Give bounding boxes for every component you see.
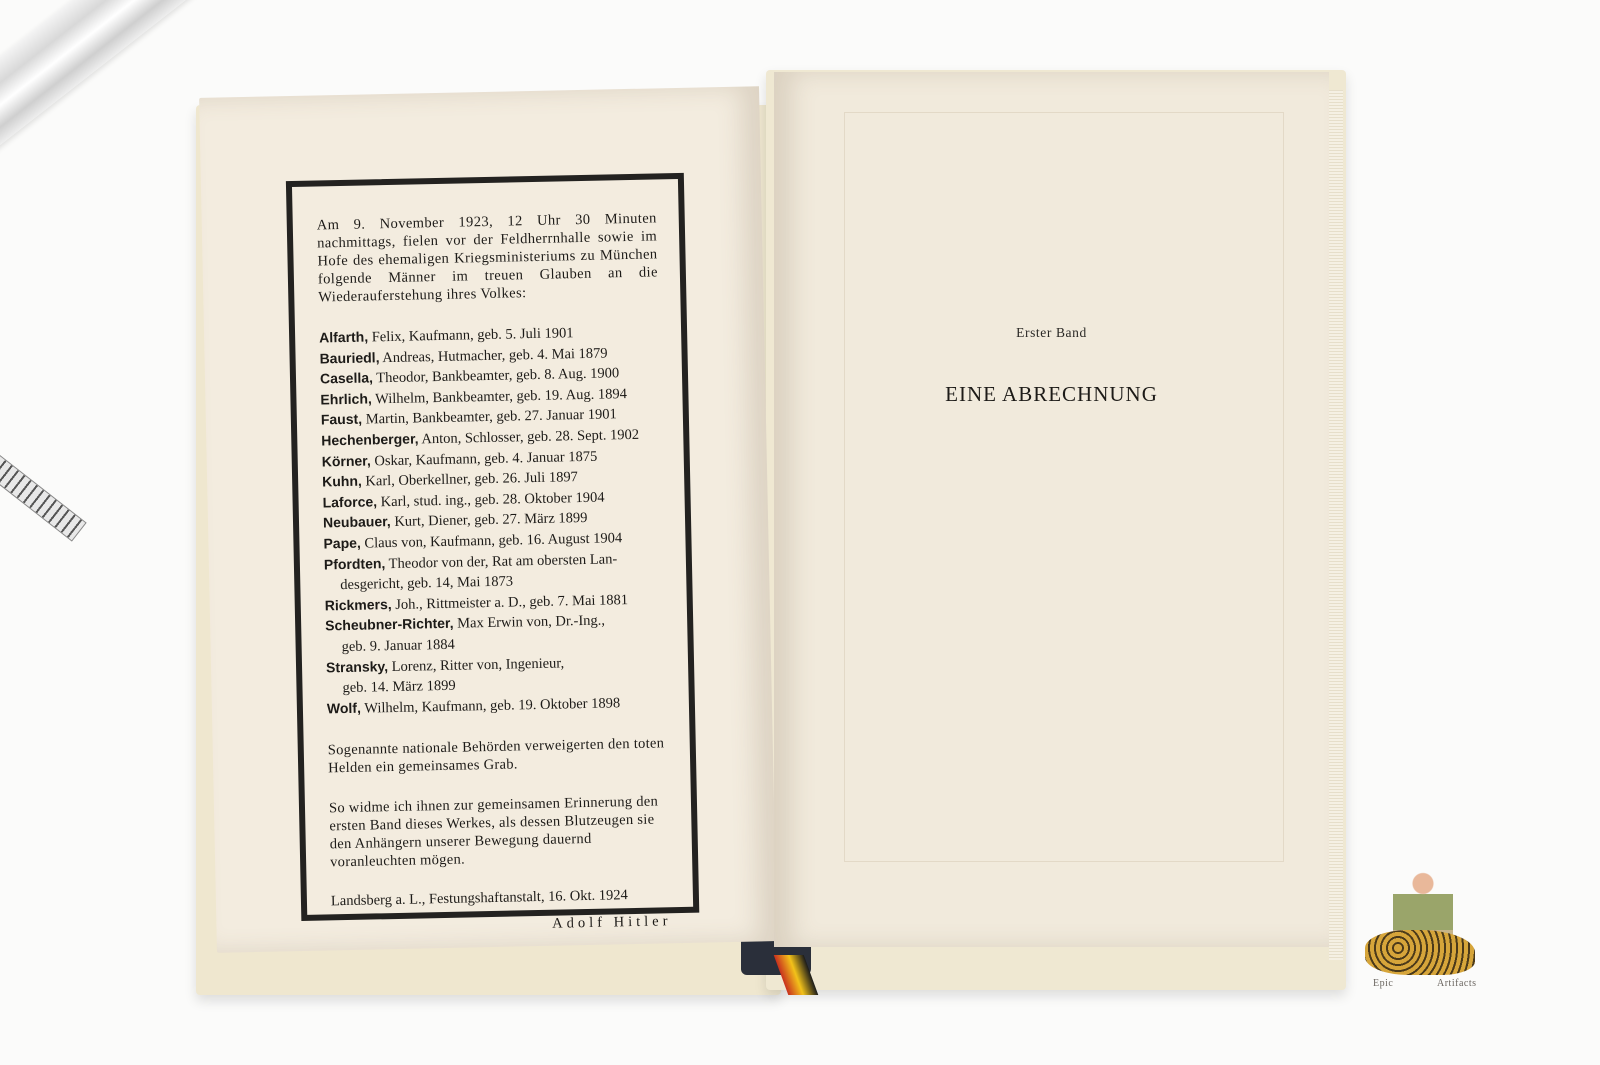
sword-grip <box>0 455 87 542</box>
entry-details: Oskar, Kaufmann, geb. 4. Januar 1875 <box>371 448 598 469</box>
signature: Adolf Hitler <box>331 914 671 938</box>
entry-details: geb. 14. März 1899 <box>342 678 455 696</box>
entry-details: desgericht, geb. 14, Mai 1873 <box>340 574 513 594</box>
entry-details: Wilhelm, Bankbeamter, geb. 19. Aug. 1894 <box>372 386 627 407</box>
entry-name: Scheubner-Richter, <box>325 615 454 634</box>
paragraph-2: So widme ich ihnen zur gemeinsamen Erinn… <box>329 793 670 872</box>
memorial-frame: Am 9. November 1923, 12 Uhr 30 Minuten n… <box>286 173 699 921</box>
show-through-border <box>844 112 1284 862</box>
entry-name: Stransky, <box>326 658 388 675</box>
entry-details: Theodor, Bankbeamter, geb. 8. Aug. 1900 <box>373 365 620 386</box>
watermark-text-right: Artifacts <box>1437 978 1477 989</box>
entry-details: Claus von, Kaufmann, geb. 16. August 190… <box>361 530 623 551</box>
entry-name: Laforce, <box>322 493 377 510</box>
open-book: Am 9. November 1923, 12 Uhr 30 Minuten n… <box>196 60 1346 995</box>
page-edges <box>1329 90 1343 960</box>
entry-name: Kuhn, <box>322 473 362 490</box>
entry-name: Ehrlich, <box>320 390 372 407</box>
entry-details: Anton, Schlosser, geb. 28. Sept. 1902 <box>418 427 639 448</box>
paragraph-1: Sogenannte nationale Behörden verweigert… <box>328 735 669 778</box>
entry-name: Wolf, <box>327 699 361 716</box>
name-list: Alfarth, Felix, Kaufmann, geb. 5. Juli 1… <box>319 321 667 719</box>
intro-paragraph: Am 9. November 1923, 12 Uhr 30 Minuten n… <box>317 209 659 306</box>
entry-name: Alfarth, <box>319 328 368 345</box>
entry-name: Rickmers, <box>325 596 392 613</box>
left-page: Am 9. November 1923, 12 Uhr 30 Minuten n… <box>199 86 777 953</box>
entry-details: Karl, Oberkellner, geb. 26. Juli 1897 <box>362 469 578 490</box>
entry-name: Neubauer, <box>323 513 391 530</box>
right-page: Erster Band EINE ABRECHNUNG <box>774 72 1329 947</box>
watermark-logo: Epic Artifacts <box>1355 860 1495 1000</box>
entry-details: Max Erwin von, Dr.-Ing., <box>453 613 605 632</box>
entry-name: Bauriedl, <box>319 349 379 366</box>
entry-details: Martin, Bankbeamter, geb. 27. Januar 190… <box>362 407 617 428</box>
entry-name: Körner, <box>322 452 371 469</box>
entry-details: geb. 9. Januar 1884 <box>341 637 454 655</box>
jaguar-icon <box>1365 930 1475 975</box>
entry-name: Faust, <box>321 411 363 428</box>
entry-name: Pfordten, <box>324 555 386 572</box>
watermark-text-left: Epic <box>1373 978 1393 989</box>
entry-details: Andreas, Hutmacher, geb. 4. Mai 1879 <box>379 345 607 366</box>
volume-subtitle: Erster Band <box>774 325 1329 341</box>
entry-name: Casella, <box>320 370 373 387</box>
entry-name: Pape, <box>323 535 361 552</box>
entry-details: Theodor von der, Rat am obersten Lan- <box>385 551 617 572</box>
entry-details: Wilhelm, Kaufmann, geb. 19. Oktober 1898 <box>361 695 621 716</box>
entry-details: Kurt, Diener, geb. 27. März 1899 <box>391 510 588 530</box>
entry-details: Joh., Rittmeister a. D., geb. 7. Mai 188… <box>392 592 629 613</box>
entry-details: Karl, stud. ing., geb. 28. Oktober 1904 <box>377 489 605 510</box>
entry-name: Hechenberger, <box>321 430 419 448</box>
entry-details: Lorenz, Ritter von, Ingenieur, <box>388 655 564 675</box>
volume-title: EINE ABRECHNUNG <box>774 382 1329 407</box>
entry-details: Felix, Kaufmann, geb. 5. Juli 1901 <box>368 325 574 345</box>
place-date: Landsberg a. L., Festungshaftanstalt, 16… <box>331 887 671 911</box>
